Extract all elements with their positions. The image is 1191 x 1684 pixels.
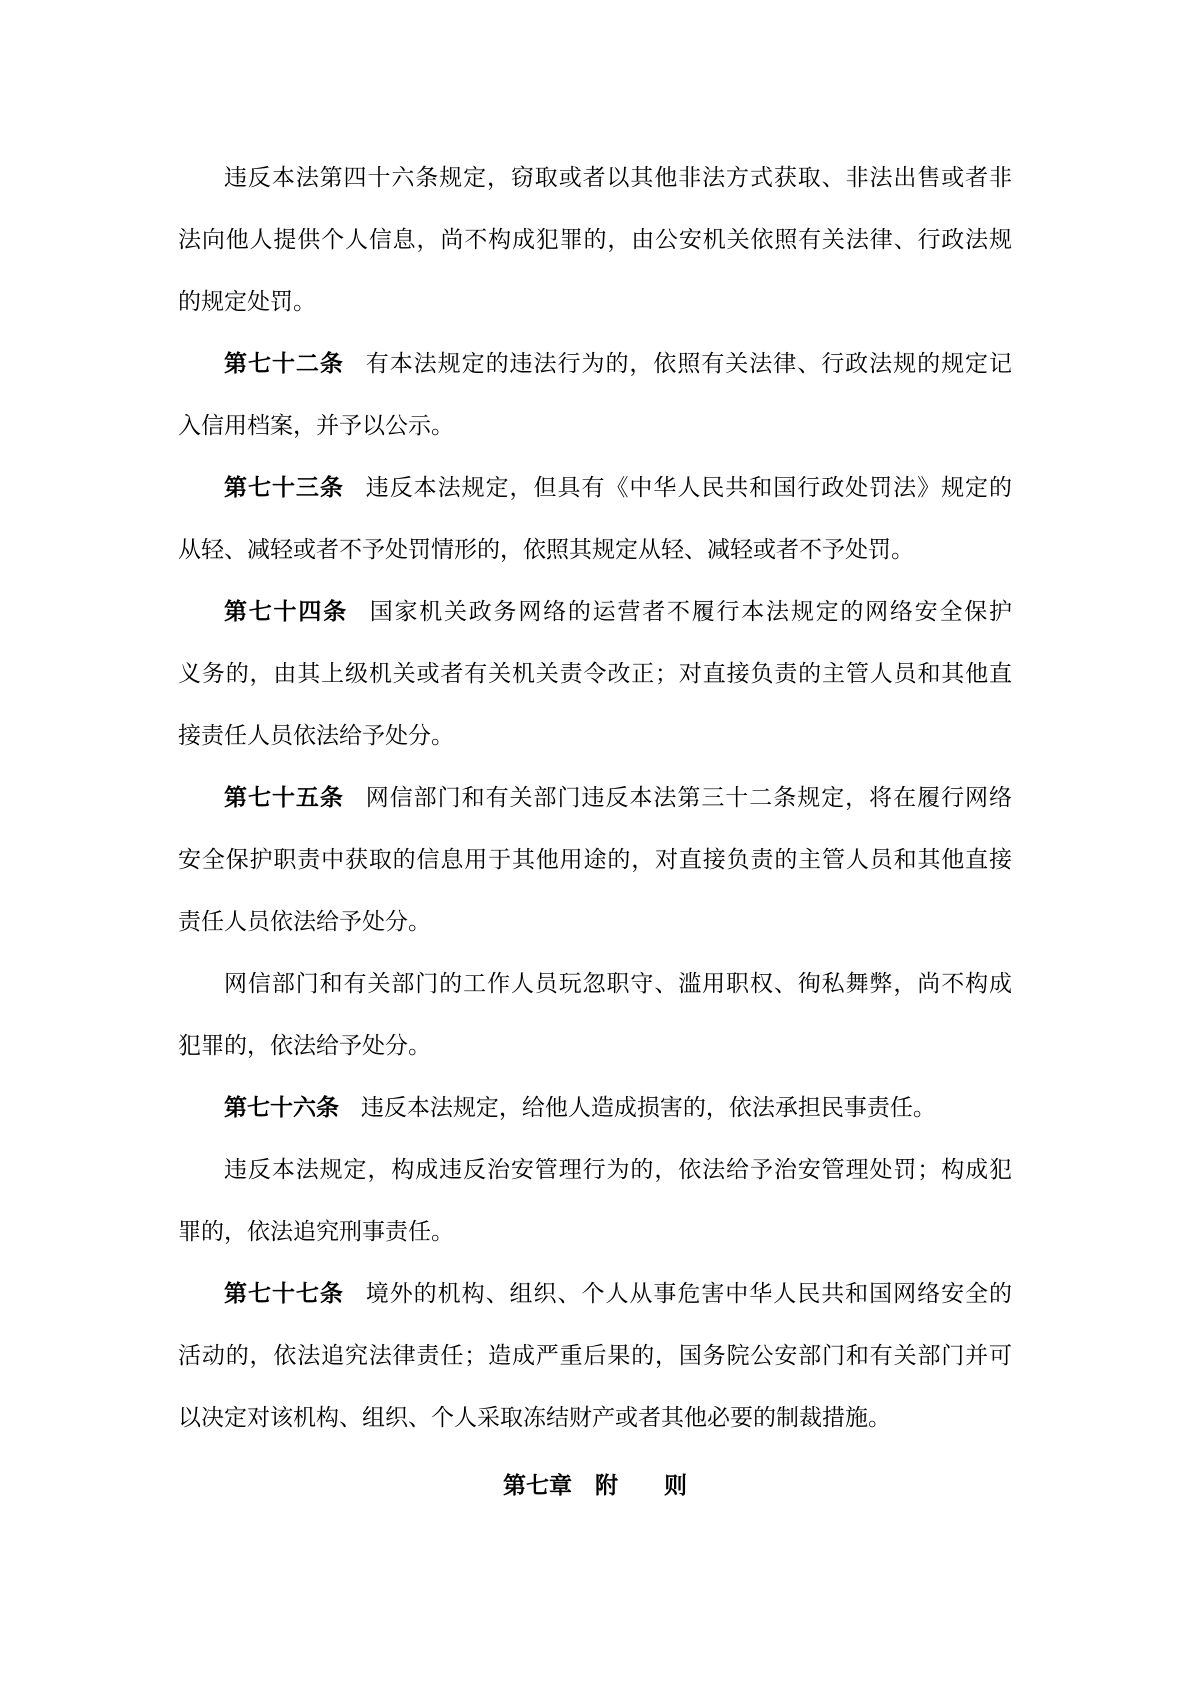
line-text: 接责任人员依法给予处分。	[178, 722, 454, 748]
article-number-label: 第七十四条	[224, 598, 348, 624]
text-line: 从轻、减轻或者不予处罚情形的，依照其规定从轻、减轻或者不予处罚。	[178, 518, 1012, 580]
line-text: 违反本法规定，构成违反治安管理行为的，依法给予治安管理处罚；构成犯	[224, 1156, 1012, 1182]
article-number-label: 第七十五条	[224, 784, 344, 810]
line-text: 的规定处罚。	[178, 288, 316, 314]
line-text: 境外的机构、组织、个人从事危害中华人民共和国网络安全的	[366, 1280, 1012, 1306]
text-line: 罪的，依法追究刑事责任。	[178, 1200, 1012, 1262]
line-text: 责任人员依法给予处分。	[178, 908, 431, 934]
text-line: 的规定处罚。	[178, 270, 1012, 332]
text-line: 第七十二条有本法规定的违法行为的，依照有关法律、行政法规的规定记	[178, 332, 1012, 394]
document-body: 违反本法第四十六条规定，窃取或者以其他非法方式获取、非法出售或者非法向他人提供个…	[178, 146, 1012, 1516]
line-text: 有本法规定的违法行为的，依照有关法律、行政法规的规定记	[366, 350, 1012, 376]
text-line: 违反本法第四十六条规定，窃取或者以其他非法方式获取、非法出售或者非	[178, 146, 1012, 208]
text-line: 义务的，由其上级机关或者有关机关责令改正；对直接负责的主管人员和其他直	[178, 642, 1012, 704]
line-text: 犯罪的，依法给予处分。	[178, 1032, 431, 1058]
line-text: 违反本法规定，给他人造成损害的，依法承担民事责任。	[361, 1094, 936, 1120]
line-text: 违反本法第四十六条规定，窃取或者以其他非法方式获取、非法出售或者非	[224, 164, 1012, 190]
text-line: 法向他人提供个人信息，尚不构成犯罪的，由公安机关依照有关法律、行政法规	[178, 208, 1012, 270]
line-text: 网信部门和有关部门违反本法第三十二条规定，将在履行网络	[366, 784, 1012, 810]
line-text: 国家机关政务网络的运营者不履行本法规定的网络安全保护	[370, 598, 1012, 624]
text-line: 第七十三条违反本法规定，但具有《中华人民共和国行政处罚法》规定的	[178, 456, 1012, 518]
line-text: 法向他人提供个人信息，尚不构成犯罪的，由公安机关依照有关法律、行政法规	[178, 226, 1012, 252]
text-line: 第七十七条境外的机构、组织、个人从事危害中华人民共和国网络安全的	[178, 1262, 1012, 1324]
line-text: 网信部门和有关部门的工作人员玩忽职守、滥用职权、徇私舞弊，尚不构成	[224, 970, 1012, 996]
text-line: 安全保护职责中获取的信息用于其他用途的，对直接负责的主管人员和其他直接	[178, 828, 1012, 890]
line-text: 违反本法规定，但具有《中华人民共和国行政处罚法》规定的	[366, 474, 1012, 500]
text-line: 违反本法规定，构成违反治安管理行为的，依法给予治安管理处罚；构成犯	[178, 1138, 1012, 1200]
document-page: 违反本法第四十六条规定，窃取或者以其他非法方式获取、非法出售或者非法向他人提供个…	[0, 0, 1191, 1684]
text-line: 第七十六条违反本法规定，给他人造成损害的，依法承担民事责任。	[178, 1076, 1012, 1138]
text-line: 第七十五条网信部门和有关部门违反本法第三十二条规定，将在履行网络	[178, 766, 1012, 828]
text-line: 网信部门和有关部门的工作人员玩忽职守、滥用职权、徇私舞弊，尚不构成	[178, 952, 1012, 1014]
line-text: 从轻、减轻或者不予处罚情形的，依照其规定从轻、减轻或者不予处罚。	[178, 536, 914, 562]
article-number-label: 第七十七条	[224, 1280, 344, 1306]
line-text: 义务的，由其上级机关或者有关机关责令改正；对直接负责的主管人员和其他直	[178, 660, 1012, 686]
text-line: 责任人员依法给予处分。	[178, 890, 1012, 952]
text-line: 接责任人员依法给予处分。	[178, 704, 1012, 766]
line-text: 安全保护职责中获取的信息用于其他用途的，对直接负责的主管人员和其他直接	[178, 846, 1012, 872]
text-line: 犯罪的，依法给予处分。	[178, 1014, 1012, 1076]
chapter-heading: 第七章 附 则	[178, 1454, 1012, 1516]
text-line: 第七十四条国家机关政务网络的运营者不履行本法规定的网络安全保护	[178, 580, 1012, 642]
line-text: 罪的，依法追究刑事责任。	[178, 1218, 454, 1244]
line-text: 入信用档案，并予以公示。	[178, 412, 454, 438]
text-line: 活动的，依法追究法律责任；造成严重后果的，国务院公安部门和有关部门并可	[178, 1324, 1012, 1386]
article-number-label: 第七十三条	[224, 474, 344, 500]
line-text: 以决定对该机构、组织、个人采取冻结财产或者其他必要的制裁措施。	[178, 1404, 891, 1430]
text-line: 入信用档案，并予以公示。	[178, 394, 1012, 456]
article-number-label: 第七十二条	[224, 350, 344, 376]
line-text: 活动的，依法追究法律责任；造成严重后果的，国务院公安部门和有关部门并可	[178, 1342, 1012, 1368]
text-line: 以决定对该机构、组织、个人采取冻结财产或者其他必要的制裁措施。	[178, 1386, 1012, 1448]
article-number-label: 第七十六条	[224, 1094, 339, 1120]
